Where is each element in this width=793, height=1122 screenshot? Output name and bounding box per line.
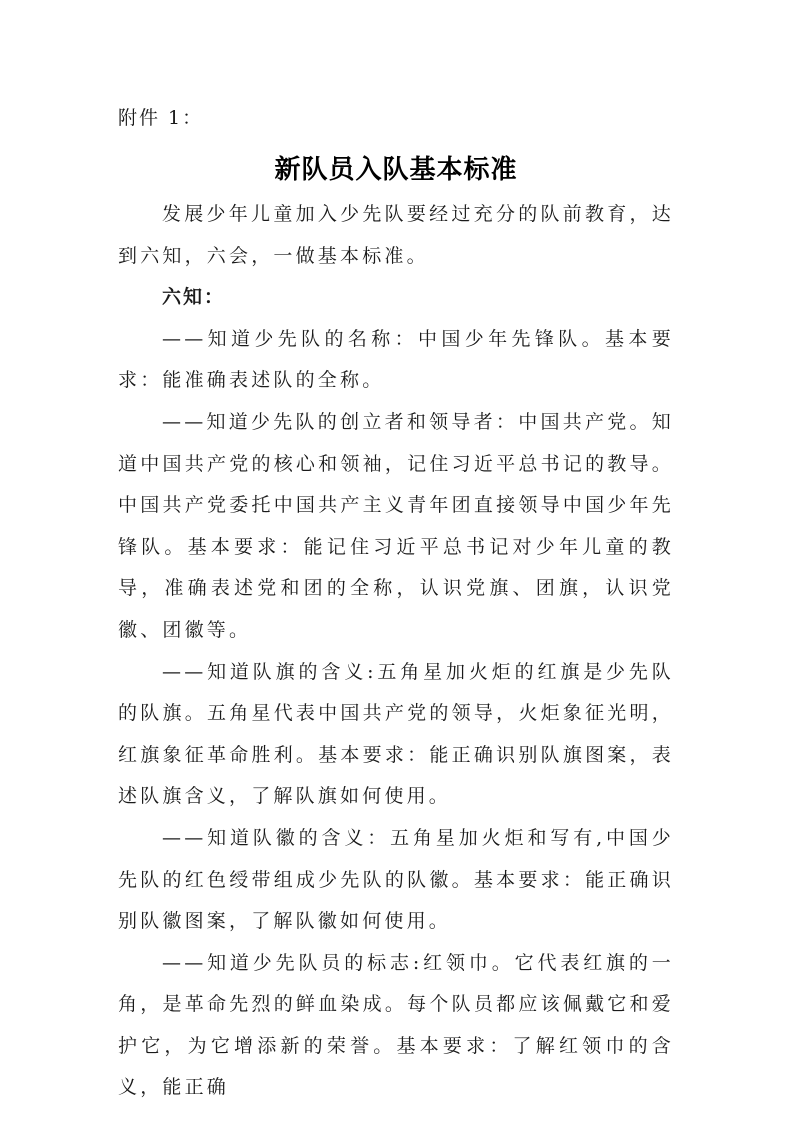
intro-paragraph: 发展少年儿童加入少先队要经过充分的队前教育，达到六知，六会，一做基本标准。 [118,194,674,277]
item-paragraph-founder: ——知道少先队的创立者和领导者：中国共产党。知道中国共产党的核心和领袖，记住习近… [118,402,674,652]
item-paragraph-flag: ——知道队旗的含义:五角星加火炬的红旗是少先队的队旗。五角星代表中国共产党的领导… [118,652,674,818]
item-paragraph-name: ——知道少先队的名称：中国少年先锋队。基本要求：能准确表述队的全称。 [118,319,674,402]
item-paragraph-emblem: ——知道队徽的含义：五角星加火炬和写有,中国少先队的红色绶带组成少先队的队徽。基… [118,818,674,943]
document-page: 附件 1： 新队员入队基本标准 发展少年儿童加入少先队要经过充分的队前教育，达到… [118,100,674,1109]
attachment-label: 附件 1： [118,100,674,136]
item-paragraph-red-scarf: ——知道少先队员的标志:红领巾。它代表红旗的一角，是革命先烈的鲜血染成。每个队员… [118,943,674,1109]
document-title: 新队员入队基本标准 [118,150,674,190]
section-heading-six-knows: 六知： [118,277,674,319]
